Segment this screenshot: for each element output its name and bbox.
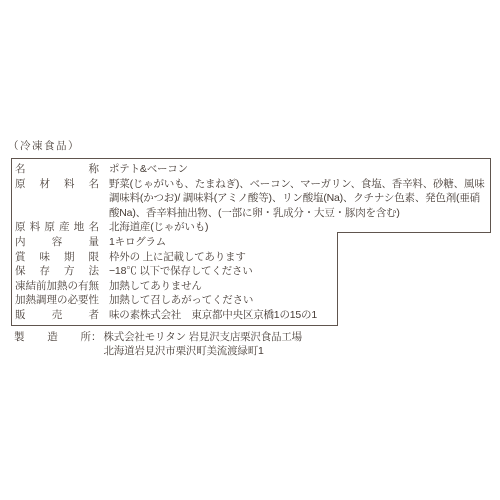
spec-label: 名称: [15, 162, 99, 177]
spec-row-preheated: 凍結前加熱の有無 加熱してありません: [15, 279, 487, 294]
spec-label: 加熱調理の必要性: [15, 293, 99, 308]
manufacturer-address-line2: 北海道岩見沢市栗沢町美流渡緑町1: [104, 345, 302, 359]
spec-label: 原料原産地名: [15, 220, 99, 235]
spec-row-seller: 販売者 味の素株式会社 東京都中央区京橋1の15の1: [15, 308, 487, 323]
product-label: （冷凍食品） 名称 ポテト&ベーコン 原材料名 野菜(じゃがいも、たまねぎ)、ベ…: [0, 0, 500, 500]
spec-label: 賞味期限: [15, 250, 99, 265]
spec-row-storage: 保存方法 −18℃ 以下で保存してください: [15, 264, 487, 279]
spec-row-best-before: 賞味期限 枠外の 上に記載してあります: [15, 250, 487, 265]
spec-row-net-content: 内容量 1キログラム: [15, 235, 487, 250]
frozen-food-tag: （冷凍食品）: [8, 139, 80, 153]
spec-label: 凍結前加熱の有無: [15, 279, 99, 294]
spec-label: 原材料名: [15, 177, 99, 192]
manufacturer-colon: ：: [91, 331, 102, 345]
spec-value: 味の素株式会社 東京都中央区京橋1の15の1: [109, 308, 487, 323]
spec-row-cooking-required: 加熱調理の必要性 加熱して召しあがってください: [15, 293, 487, 308]
spec-value: 北海道産(じゃがいも): [109, 220, 487, 235]
manufacturer-address-line1: 株式会社モリタン 岩見沢支店栗沢食品工場: [104, 331, 302, 345]
spec-row-origin: 原料原産地名 北海道産(じゃがいも): [15, 220, 487, 235]
spec-row-name: 名称 ポテト&ベーコン: [15, 162, 487, 177]
manufacturer-address: 株式会社モリタン 岩見沢支店栗沢食品工場 北海道岩見沢市栗沢町美流渡緑町1: [104, 331, 302, 358]
manufacturer-row: 製造所 ： 株式会社モリタン 岩見沢支店栗沢食品工場 北海道岩見沢市栗沢町美流渡…: [14, 331, 302, 358]
spec-label: 販売者: [15, 308, 99, 323]
spec-rows: 名称 ポテト&ベーコン 原材料名 野菜(じゃがいも、たまねぎ)、ベーコン、マーガ…: [15, 162, 487, 323]
spec-value: −18℃ 以下で保存してください: [109, 264, 487, 279]
spec-value: ポテト&ベーコン: [109, 162, 487, 177]
spec-value: 野菜(じゃがいも、たまねぎ)、ベーコン、マーガリン、食塩、香辛料、砂糖、風味調味…: [109, 177, 487, 221]
spec-label: 内容量: [15, 235, 99, 250]
spec-row-ingredients: 原材料名 野菜(じゃがいも、たまねぎ)、ベーコン、マーガリン、食塩、香辛料、砂糖…: [15, 177, 487, 221]
manufacturer-label: 製造所: [14, 331, 91, 345]
spec-value: 1キログラム: [109, 235, 487, 250]
spec-value: 加熱してありません: [109, 279, 487, 294]
spec-table: 名称 ポテト&ベーコン 原材料名 野菜(じゃがいも、たまねぎ)、ベーコン、マーガ…: [11, 158, 491, 326]
spec-value: 枠外の 上に記載してあります: [109, 250, 487, 265]
spec-label: 保存方法: [15, 264, 99, 279]
spec-value: 加熱して召しあがってください: [109, 293, 487, 308]
